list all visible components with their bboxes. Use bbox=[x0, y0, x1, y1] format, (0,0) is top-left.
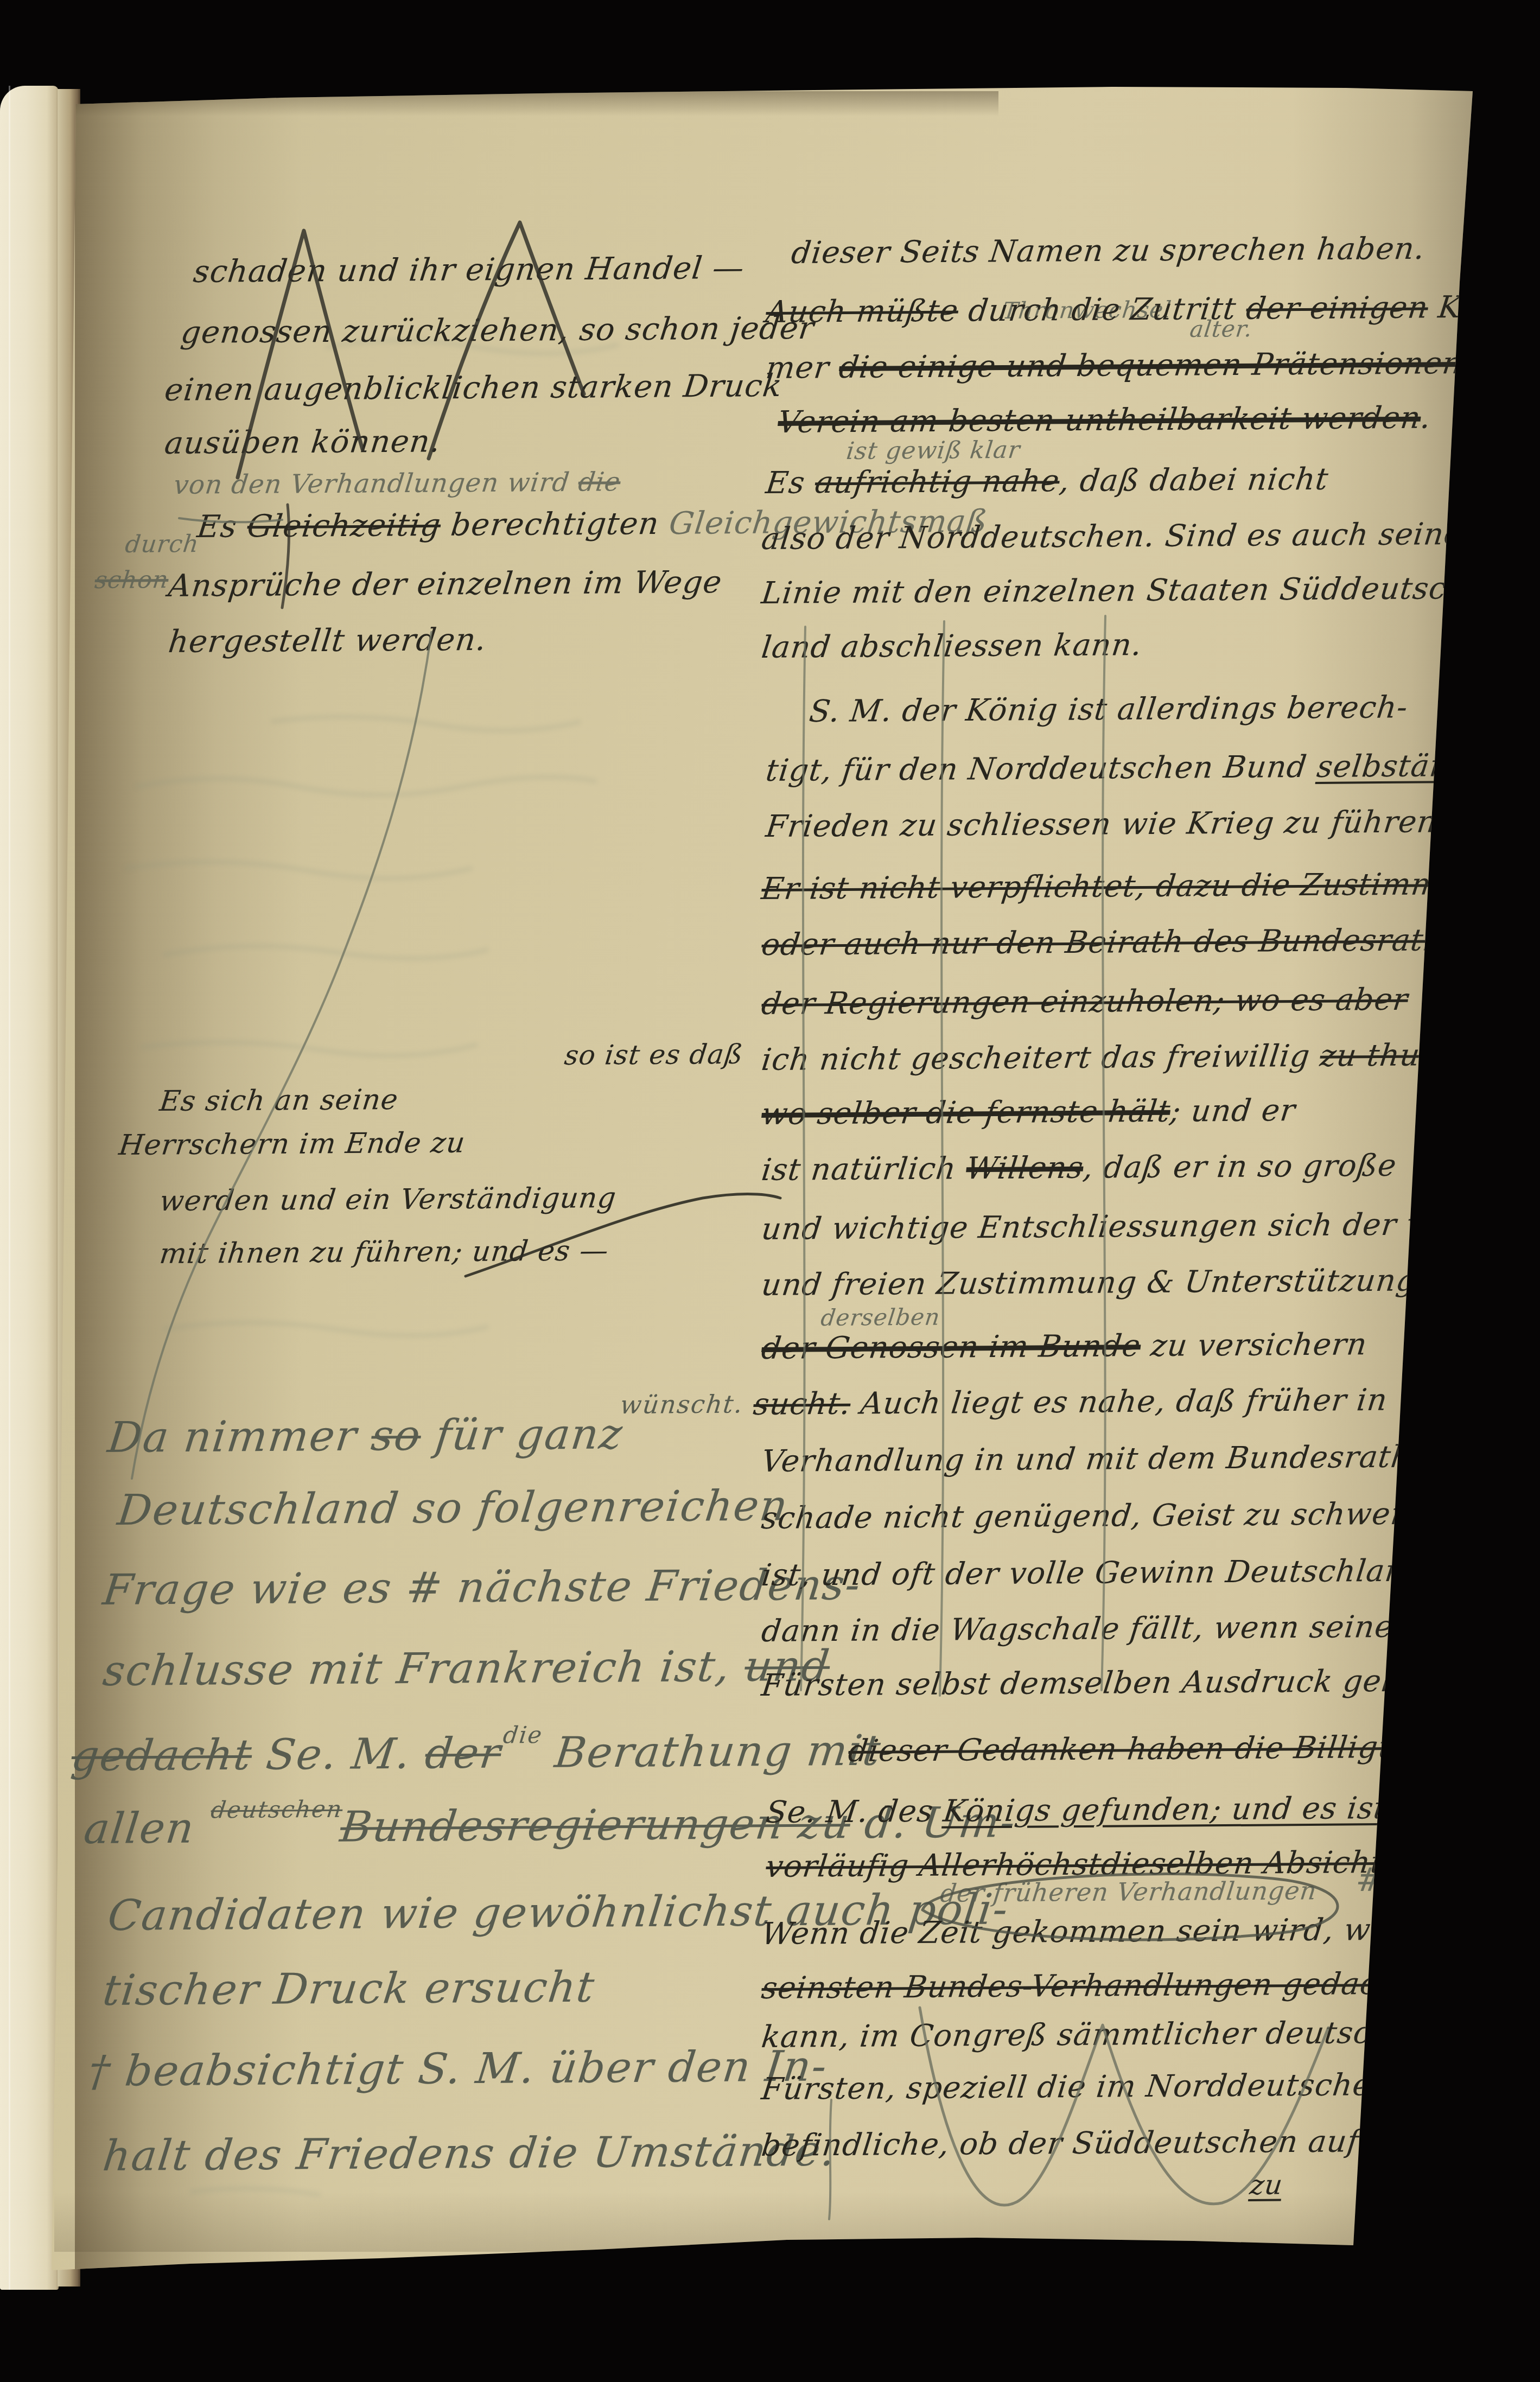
vertical-deletion-line bbox=[1102, 616, 1105, 1690]
diagonal-crossout-stroke bbox=[429, 222, 584, 458]
manuscript-page: schaden und ihr eignen Handel —genossen … bbox=[0, 0, 1540, 2382]
circling-loop bbox=[922, 1874, 1338, 1940]
ink-flourish bbox=[466, 1194, 780, 1277]
zigzag-crossout bbox=[920, 2008, 1328, 2205]
editorial-marks-layer bbox=[0, 0, 1540, 2382]
pencil-underline bbox=[179, 518, 282, 522]
vertical-deletion-line bbox=[940, 621, 944, 1696]
diagonal-crossout-stroke bbox=[238, 231, 362, 477]
vertical-deletion-line bbox=[829, 2100, 831, 2219]
book-page-edge-stack bbox=[0, 86, 59, 2290]
text-segment: über bbox=[1398, 1912, 1475, 1947]
vertical-deletion-line bbox=[801, 627, 805, 1690]
long-pencil-curve bbox=[132, 632, 431, 1479]
